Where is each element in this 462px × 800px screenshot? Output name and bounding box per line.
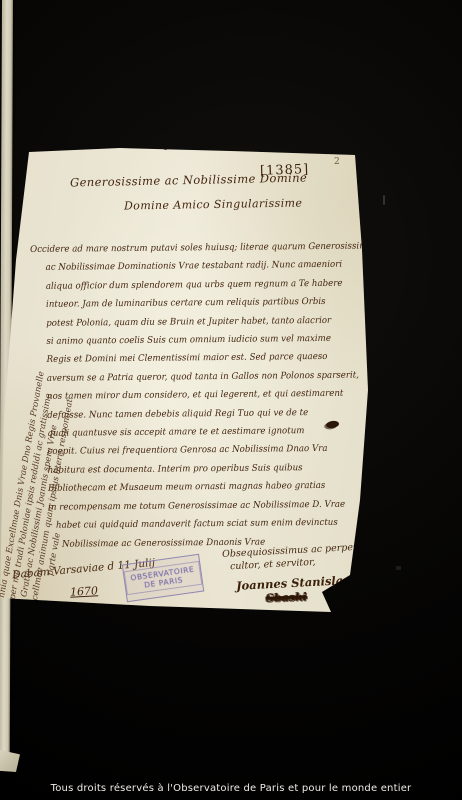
salutation-line-2: Domine Amico Singularissime <box>124 196 303 212</box>
adjacent-page-corner <box>0 750 20 772</box>
body-line: habet cui quidquid mandaverit factum sci… <box>56 513 381 535</box>
scanned-letter-photo: [1385] 2 Generosissime ac Nobilissime Do… <box>0 0 462 800</box>
ink-mark-top-edge <box>163 146 168 150</box>
signature-struck-out: Sbaski <box>266 590 307 604</box>
footer-caption: Tous droits réservés à l'Observatoire de… <box>0 783 462 794</box>
body-line: nos tamen miror dum considero, et qui le… <box>47 385 379 407</box>
dust-speck <box>396 566 401 570</box>
closing-line-2: cultor, et servitor, <box>230 557 316 572</box>
dateline-year: 1670 <box>70 584 99 598</box>
folio-number: 2 <box>334 157 340 167</box>
salutation-line-1: Generosissime ac Nobilissime Domine <box>70 171 307 190</box>
signature: Joannes Stanislaus a Sbaszyn <box>236 569 426 593</box>
dust-speck <box>383 195 385 205</box>
manuscript-paper: [1385] 2 Generosissime ac Nobilissime Do… <box>0 145 375 620</box>
body-line: aliqua officior dum splendorem qua urbs … <box>46 274 378 296</box>
observatory-stamp-border: OBSERVATOIRE DE PARIS <box>124 561 202 595</box>
